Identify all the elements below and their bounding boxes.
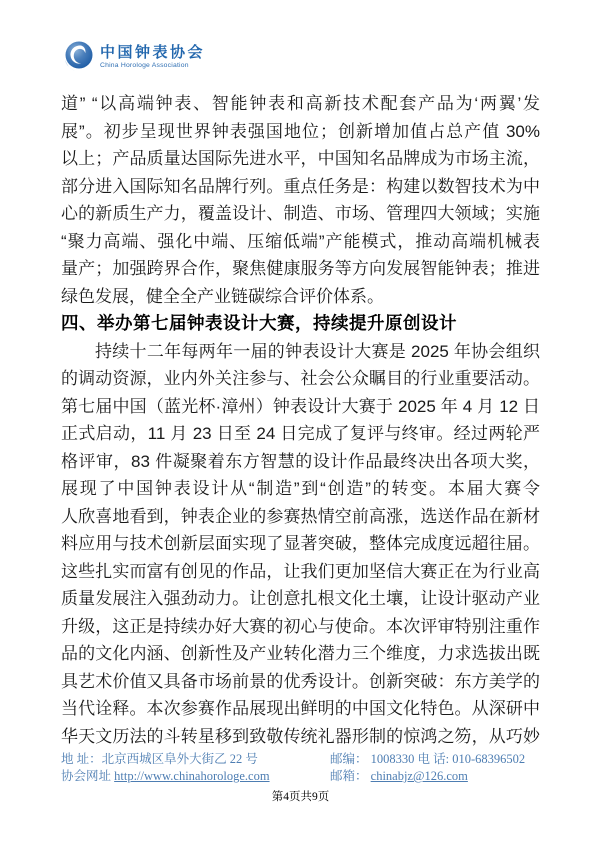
footer-email-label: 邮箱： — [330, 769, 371, 783]
body-line: 正式启动，11 月 23 日至 24 日完成了复评与终审。经过两轮严 — [61, 420, 540, 448]
horologe-association-logo-icon — [63, 40, 95, 74]
body-line: 具艺术价值又具备市场前景的优秀设计。创新突破：东方美学的 — [61, 668, 540, 696]
body-line: 第七届中国（蓝光杯·漳州）钟表设计大赛于 2025 年 4 月 12 日 — [61, 393, 540, 421]
footer-email: 邮箱： chinabjz@126.com — [330, 768, 540, 785]
section-heading: 四、举办第七届钟表设计大赛，持续提升原创设计 — [61, 310, 540, 338]
body-line: 持续十二年每两年一届的钟表设计大赛是 2025 年协会组织 — [61, 338, 540, 366]
body-line: 格评审，83 件凝聚着东方智慧的设计作品最终决出各项大奖， — [61, 448, 540, 476]
association-logo: 中国钟表协会 China Horologe Association — [63, 40, 205, 74]
body-text: 道” “以高端钟表、智能钟表和高新技术配套产品为‘两翼’发展”。初步呈现世界钟表… — [61, 90, 540, 750]
body-line: 料应用与技术创新层面实现了显著突破，整体完成度远超往届。 — [61, 530, 540, 558]
body-line: 量产；加强跨界合作，聚焦健康服务等方向发展智能钟表；推进 — [61, 255, 540, 283]
body-line: 华天文历法的斗转星移到致敬传统礼器形制的惊鸿之笏，从巧妙 — [61, 723, 540, 751]
body-line: 品的文化内涵、创新性及产业转化潜力三个维度，力求选拔出既 — [61, 640, 540, 668]
body-line: 展现了中国钟表设计从“制造”到“创造”的转变。本届大赛令 — [61, 475, 540, 503]
page-number: 第4页共9页 — [61, 788, 540, 804]
body-line: 质量发展注入强劲动力。让创意扎根文化土壤，让设计驱动产业 — [61, 585, 540, 613]
body-line: 的调动资源，业内外关注参与、社会公众瞩目的行业重要活动。 — [61, 365, 540, 393]
body-line: 升级，这正是持续办好大赛的初心与使命。本次评审特别注重作 — [61, 613, 540, 641]
footer-postcode-phone: 邮编： 1008330 电 话: 010-68396502 — [330, 751, 540, 768]
document-page: 中国钟表协会 China Horologe Association 道” “以高… — [0, 0, 600, 848]
footer-row-1: 地 址：北京西城区阜外大街乙 22 号 邮编： 1008330 电 话: 010… — [61, 751, 540, 768]
body-line: 以上；产品质量达国际先进水平，中国知名品牌成为市场主流， — [61, 145, 540, 173]
logo-name-cn: 中国钟表协会 — [100, 45, 205, 60]
footer-website: 协会网址 http://www.chinahorologe.com — [61, 768, 330, 785]
body-line: 当代诠释。本次参赛作品展现出鲜明的中国文化特色。从深研中 — [61, 695, 540, 723]
body-line: 部分进入国际知名品牌行列。重点任务是：构建以数智技术为中 — [61, 173, 540, 201]
footer-website-link[interactable]: http://www.chinahorologe.com — [114, 769, 269, 783]
body-line: 展”。初步呈现世界钟表强国地位；创新增加值占总产值 30% — [61, 118, 540, 146]
page-footer: 地 址：北京西城区阜外大街乙 22 号 邮编： 1008330 电 话: 010… — [61, 751, 540, 804]
body-line: 这些扎实而富有创见的作品，让我们更加坚信大赛正在为行业高 — [61, 558, 540, 586]
logo-text: 中国钟表协会 China Horologe Association — [100, 45, 205, 70]
footer-email-link[interactable]: chinabjz@126.com — [371, 769, 468, 783]
footer-address: 地 址：北京西城区阜外大街乙 22 号 — [61, 751, 330, 768]
footer-row-2: 协会网址 http://www.chinahorologe.com 邮箱： ch… — [61, 768, 540, 785]
logo-name-en: China Horologe Association — [100, 63, 205, 70]
body-line: 绿色发展，健全全产业链碳综合评价体系。 — [61, 283, 540, 311]
body-line: 道” “以高端钟表、智能钟表和高新技术配套产品为‘两翼’发 — [61, 90, 540, 118]
footer-website-label: 协会网址 — [61, 769, 114, 783]
body-line: 心的新质生产力，覆盖设计、制造、市场、管理四大领域；实施 — [61, 200, 540, 228]
body-line: 人欣喜地看到，钟表企业的参赛热情空前高涨，选送作品在新材 — [61, 503, 540, 531]
body-line: “聚力高端、强化中端、压缩低端”产能模式，推动高端机械表 — [61, 228, 540, 256]
